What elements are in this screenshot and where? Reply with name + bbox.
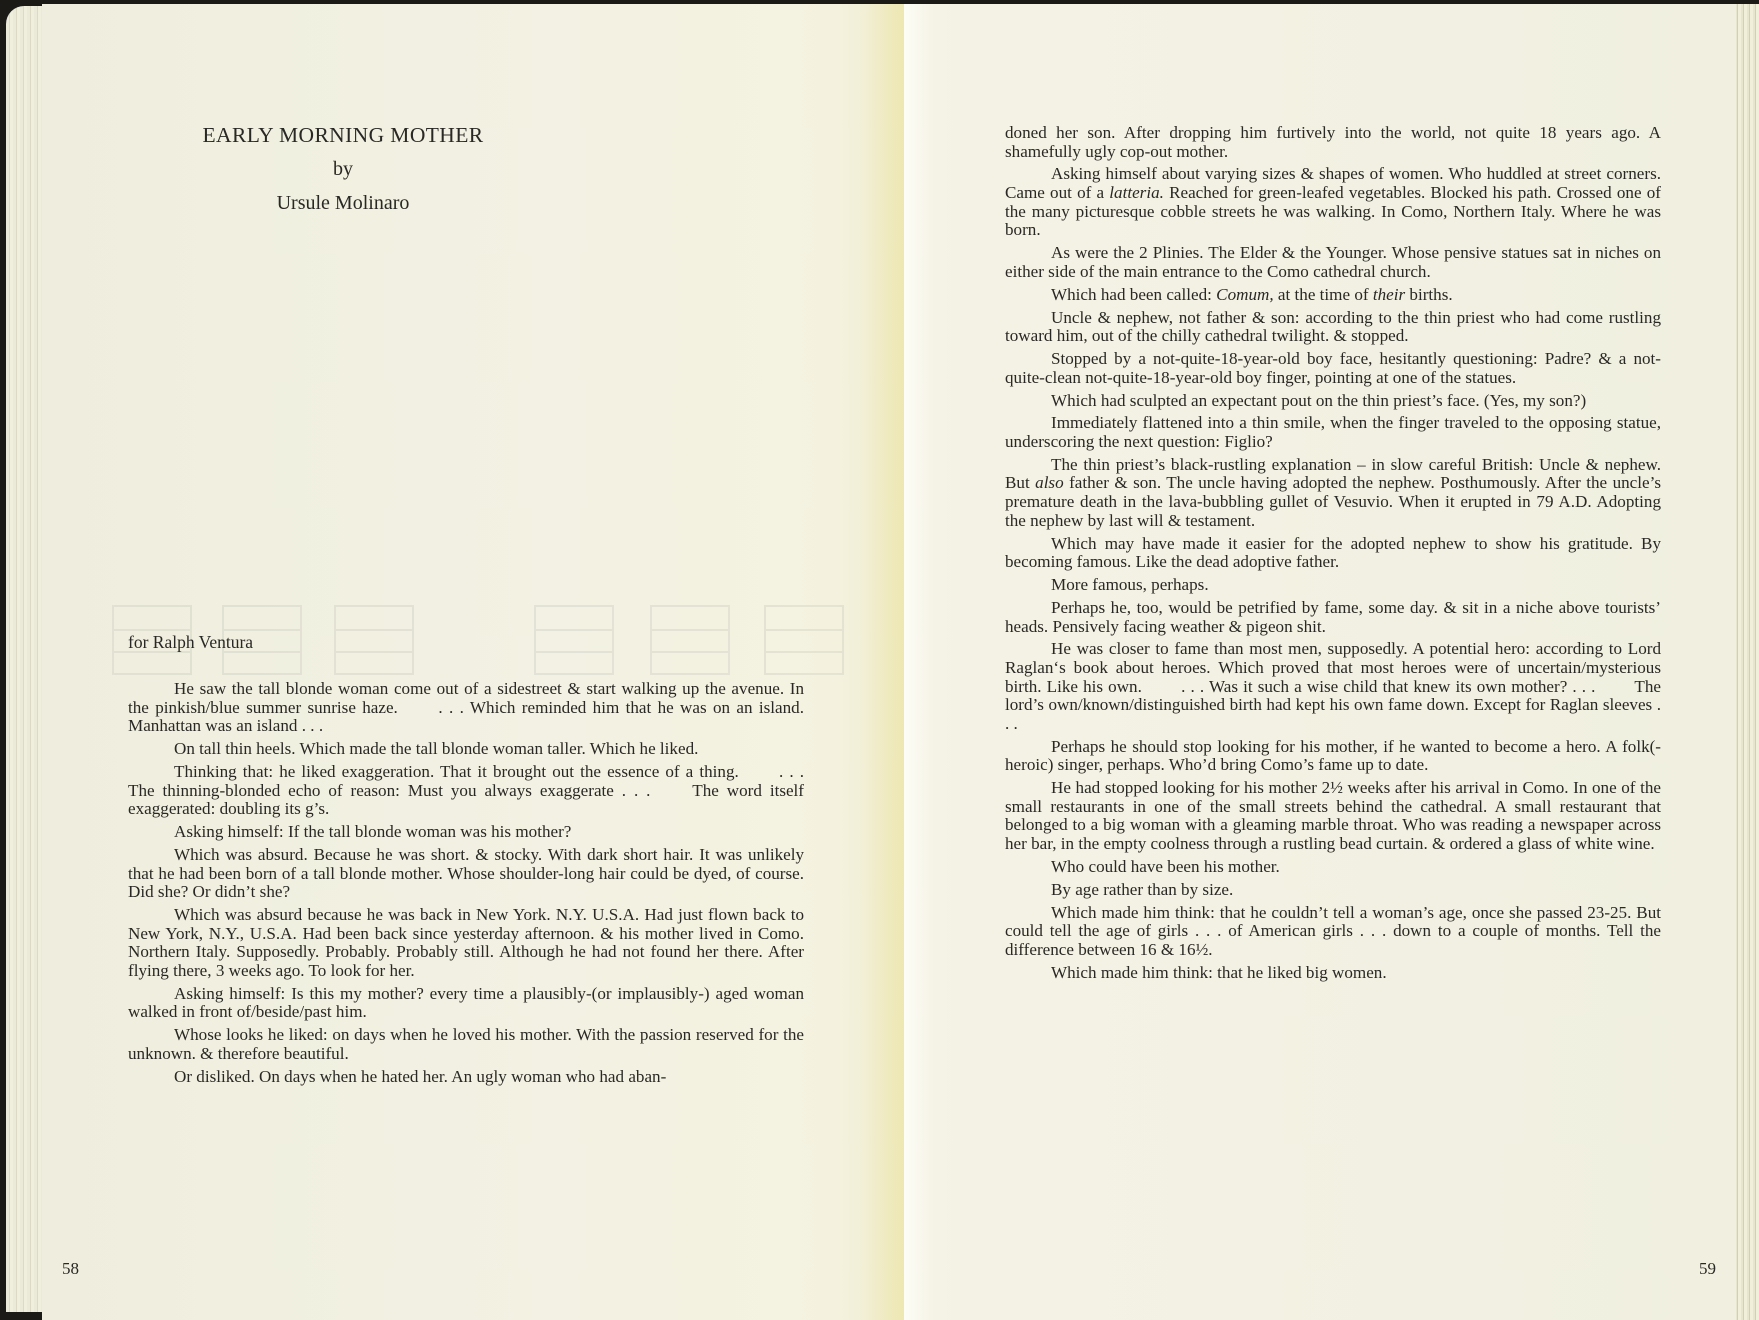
paragraph: More famous, perhaps. <box>1005 576 1661 595</box>
gutter-highlight <box>904 4 934 1320</box>
paragraph: Asking himself: If the tall blonde woman… <box>128 823 804 842</box>
paragraph: Whose looks he liked: on days when he lo… <box>128 1026 804 1063</box>
body-text-right: doned her son. After dropping him furtiv… <box>1005 124 1661 987</box>
paragraph-continued: doned her son. After dropping him furtiv… <box>1005 124 1661 161</box>
story-title: EARLY MORNING MOTHER <box>0 122 774 148</box>
show-through-flag-icon <box>334 605 414 675</box>
page-number: 59 <box>1699 1259 1716 1279</box>
dedication: for Ralph Ventura <box>128 632 253 653</box>
paragraph: Thinking that: he liked exaggeration. Th… <box>128 763 804 819</box>
paragraph: Which made him think: that he liked big … <box>1005 964 1661 983</box>
paragraph: Immediately flattened into a thin smile,… <box>1005 414 1661 451</box>
paragraph: Asking himself: Is this my mother? every… <box>128 985 804 1022</box>
paragraph: He had stopped looking for his mother 2½… <box>1005 779 1661 853</box>
text-run: father & son. The uncle having adopted t… <box>1005 473 1661 529</box>
paragraph: Which may have made it easier for the ad… <box>1005 535 1661 572</box>
page-block-edge-right <box>1735 4 1759 1320</box>
reverse-page-show-through <box>112 559 872 679</box>
right-page: doned her son. After dropping him furtiv… <box>904 4 1736 1320</box>
paragraph: Which was absurd. Because he was short. … <box>128 846 804 902</box>
paragraph: On tall thin heels. Which made the tall … <box>128 740 804 759</box>
left-page: EARLY MORNING MOTHER by Ursule Molinaro … <box>42 4 904 1320</box>
paragraph: Which had sculpted an expectant pout on … <box>1005 392 1661 411</box>
show-through-flag-icon <box>534 605 614 675</box>
book-spread: EARLY MORNING MOTHER by Ursule Molinaro … <box>0 0 1759 1320</box>
paragraph: He was closer to fame than most men, sup… <box>1005 640 1661 733</box>
show-through-flag-icon <box>764 605 844 675</box>
paragraph: He saw the tall blonde woman come out of… <box>128 680 804 736</box>
gutter-shadow <box>864 4 904 1320</box>
paragraph: Asking himself about varying sizes & sha… <box>1005 165 1661 239</box>
text-run: births. <box>1405 285 1452 304</box>
page-number: 58 <box>62 1259 79 1279</box>
author-name: Ursule Molinaro <box>0 190 774 216</box>
paragraph: Which was absurd because he was back in … <box>128 906 804 980</box>
title-block: EARLY MORNING MOTHER by Ursule Molinaro <box>0 122 774 216</box>
paragraph: Perhaps he, too, would be petrified by f… <box>1005 599 1661 636</box>
paragraph: Who could have been his mother. <box>1005 858 1661 877</box>
paragraph: The thin priest’s black-rustling explana… <box>1005 456 1661 530</box>
paragraph: By age rather than by size. <box>1005 881 1661 900</box>
italic-term: latteria. <box>1109 183 1164 202</box>
byline: by <box>0 156 774 182</box>
italic-term: also <box>1035 473 1064 492</box>
italic-term: their <box>1373 285 1405 304</box>
paragraph: Which had been called: Comum, at the tim… <box>1005 286 1661 305</box>
paragraph: Perhaps he should stop looking for his m… <box>1005 738 1661 775</box>
show-through-flag-icon <box>650 605 730 675</box>
paragraph: As were the 2 Plinies. The Elder & the Y… <box>1005 244 1661 281</box>
paragraph: Uncle & nephew, not father & son: accord… <box>1005 309 1661 346</box>
paragraph: Or disliked. On days when he hated her. … <box>128 1068 804 1087</box>
paragraph: Stopped by a not-quite-18-year-old boy f… <box>1005 350 1661 387</box>
text-run: at the time of <box>1274 285 1373 304</box>
paragraph: Which made him think: that he couldn’t t… <box>1005 904 1661 960</box>
text-run: Which had been called: <box>1051 285 1216 304</box>
italic-term: Comum, <box>1216 285 1273 304</box>
body-text-left: He saw the tall blonde woman come out of… <box>128 680 804 1091</box>
